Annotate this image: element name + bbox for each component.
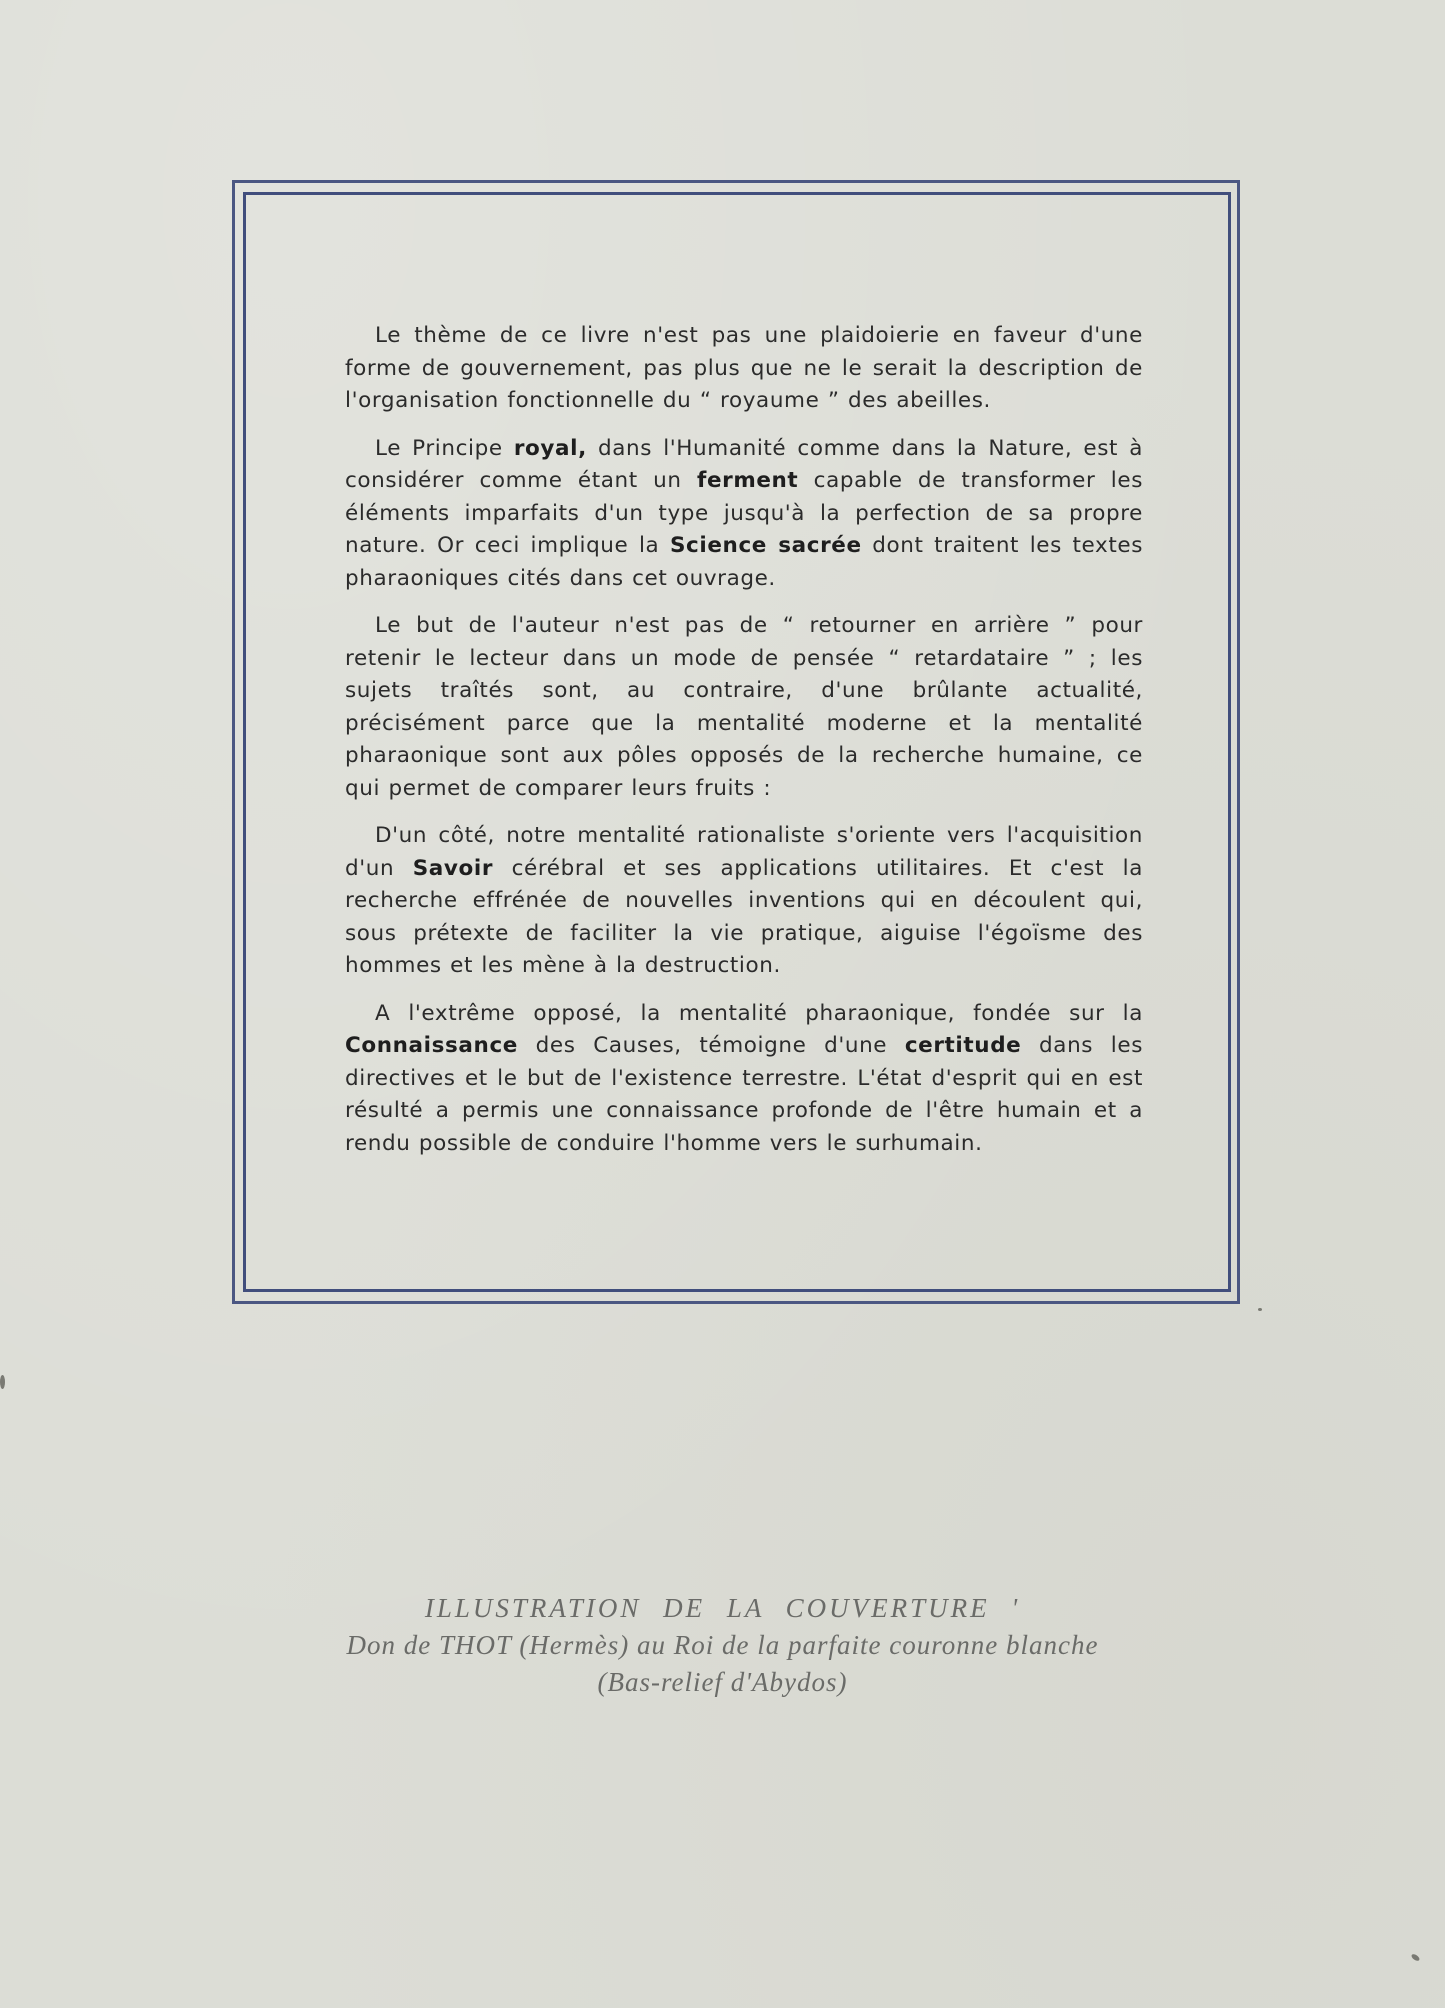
paragraph: Le Principe royal, dans l'Humanité comme… xyxy=(345,433,1143,596)
paper-speck-mark xyxy=(0,1375,5,1389)
paragraph-text: Le thème de ce livre n'est pas une plaid… xyxy=(345,323,1143,413)
emphasized-term: ferment xyxy=(697,468,798,493)
paragraph: Le thème de ce livre n'est pas une plaid… xyxy=(345,320,1143,418)
paper-speck-mark xyxy=(1258,1308,1262,1311)
caption-description: Don de THOT (Hermès) au Roi de la parfai… xyxy=(0,1627,1445,1664)
paragraph-text: des Causes, témoigne d'une xyxy=(518,1033,905,1058)
emphasized-term: royal, xyxy=(514,436,587,461)
paragraph: D'un côté, notre mentalité rationaliste … xyxy=(345,820,1143,983)
paragraph: Le but de l'auteur n'est pas de “ retour… xyxy=(345,610,1143,805)
emphasized-term: Savoir xyxy=(413,856,493,881)
paragraph-text: A l'extrême opposé, la mentalité pharaon… xyxy=(375,1001,1143,1026)
emphasized-term: Connaissance xyxy=(345,1033,518,1058)
framed-text-block: Le thème de ce livre n'est pas une plaid… xyxy=(345,320,1143,1175)
paper-speck-mark xyxy=(1410,1953,1420,1962)
paragraph-text: Le but de l'auteur n'est pas de “ retour… xyxy=(345,613,1143,801)
emphasized-term: certitude xyxy=(905,1033,1022,1058)
cover-illustration-caption: ILLUSTRATION DE LA COUVERTURE ' Don de T… xyxy=(0,1590,1445,1701)
emphasized-term: Science sacrée xyxy=(670,533,862,558)
paragraph-text: Le Principe xyxy=(375,436,514,461)
paragraph: A l'extrême opposé, la mentalité pharaon… xyxy=(345,998,1143,1161)
caption-title: ILLUSTRATION DE LA COUVERTURE ' xyxy=(0,1590,1445,1627)
caption-source: (Bas-relief d'Abydos) xyxy=(0,1664,1445,1701)
